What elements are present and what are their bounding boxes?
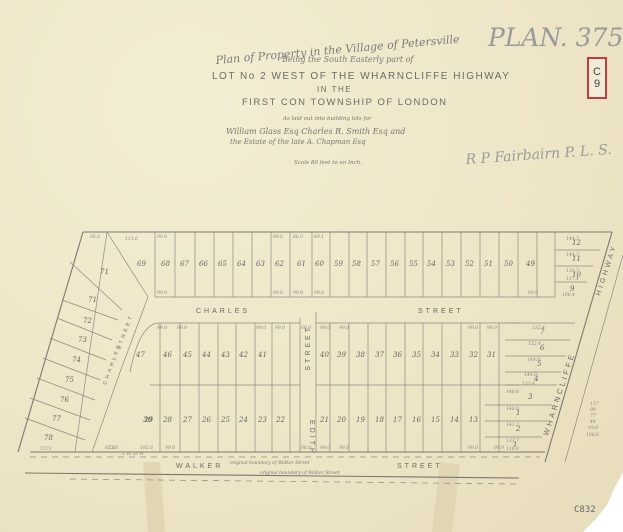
- lot-number: 69: [137, 260, 146, 268]
- catalog-stamp: C 9: [587, 57, 607, 99]
- calc-label: 93.6: [588, 425, 598, 431]
- dimension-label: 99.0: [273, 234, 283, 240]
- walker-note-2: original boundary of Walker Street: [260, 470, 340, 476]
- catalog-number: C832: [574, 505, 596, 515]
- dimension-label: 99.0: [157, 234, 167, 240]
- lot-number: 28: [162, 416, 172, 424]
- dimension-label: 66.0: [293, 234, 303, 240]
- lot-number: 20: [336, 416, 346, 424]
- dimension-label: 72.6: [108, 445, 118, 451]
- dimension-label: 106.4: [562, 292, 575, 298]
- lot-number: 35: [412, 351, 421, 359]
- dimension-label: 99.0: [320, 445, 330, 451]
- lot-number: 77: [52, 415, 61, 423]
- lot-number: 9: [570, 285, 575, 293]
- lot-number: 17: [393, 416, 402, 424]
- lot-number: 32: [469, 351, 478, 359]
- walker-note-1: original boundary of Walker Street: [230, 460, 310, 466]
- tape-strip-middle: [432, 462, 460, 532]
- lot-number: 29: [143, 416, 153, 424]
- lot-number: 23: [257, 416, 267, 424]
- lot-number: 74: [72, 356, 81, 364]
- dimension-label: 140.0: [506, 406, 519, 412]
- lot-number: 21: [319, 416, 329, 424]
- lot-number: 55: [409, 260, 418, 268]
- dimension-label: 99.0: [320, 325, 330, 331]
- dimension-label: 144.7: [566, 252, 579, 258]
- dimension-label: 3 W 33 W: [122, 451, 145, 457]
- lot-number: 44: [201, 351, 211, 359]
- lot-number: 42: [238, 351, 248, 359]
- lot-number: 31: [487, 351, 496, 359]
- lot-number: 65: [218, 260, 227, 268]
- lot-number: 61: [297, 260, 306, 268]
- surveyor-signature: R P Fairbairn P. L. S.: [464, 142, 612, 168]
- plan-drawing: Plan of Property in the Village of Peter…: [0, 0, 623, 532]
- title-line-6: As laid out into building lots for: [282, 116, 372, 122]
- dimension-label: 66.0: [90, 234, 100, 240]
- lot-number: 53: [446, 260, 455, 268]
- lot-number: 27: [182, 416, 192, 424]
- lot-number: 58: [352, 260, 361, 268]
- lot-number: 50: [504, 260, 513, 268]
- street-charles-label: CHARLES: [196, 308, 250, 315]
- dimension-label: 99.0: [165, 445, 175, 451]
- dimension-label: 141.2: [506, 422, 519, 428]
- street-walker-label: WALKER: [176, 463, 223, 470]
- calc-label: 77: [590, 413, 596, 419]
- plan-number: PLAN. 375: [487, 23, 623, 52]
- dimension-label: 99.0: [528, 290, 538, 296]
- lot-number: 22: [275, 416, 285, 424]
- lot-number: 54: [427, 260, 436, 268]
- lot-number: 62: [275, 260, 284, 268]
- lot-number: 59: [334, 260, 343, 268]
- dimension-label: 149.9: [527, 357, 540, 363]
- dimension-label: 133.4: [522, 381, 535, 387]
- lot-number: 14: [450, 416, 459, 424]
- dimension-label: 99.0: [293, 290, 303, 296]
- title-line-5: FIRST CON TOWNSHIP OF LONDON: [242, 97, 447, 108]
- dimension-label: 99.0: [157, 290, 167, 296]
- lot-number: 51: [484, 260, 493, 268]
- street-edith-street-label: STREET: [305, 325, 312, 371]
- calc-label: 117: [590, 401, 599, 407]
- lot-number: 40: [319, 351, 329, 359]
- lot-number: 46: [162, 351, 172, 359]
- title-line-4: IN THE: [317, 85, 352, 94]
- dimension-label: 99.0: [157, 325, 167, 331]
- lot-number: 24: [238, 416, 248, 424]
- street-wharncliffe-label: WHARNCLIFFE: [541, 351, 576, 437]
- lot-number: 64: [237, 260, 246, 268]
- street-charles-curve-street-label: STREET: [116, 313, 135, 351]
- dimension-label: 99.0: [275, 325, 285, 331]
- lot-number: 52: [465, 260, 474, 268]
- calc-label: 99: [590, 407, 596, 413]
- dimension-label: 148.6: [506, 389, 519, 395]
- dimension-label: 133.7: [506, 438, 519, 444]
- dimension-label: 99.0: [339, 325, 349, 331]
- title-line-9: Scale 80 feet to an Inch.: [294, 160, 362, 166]
- street-charles-street-label: STREET: [418, 308, 464, 315]
- lot-number: 3: [528, 393, 533, 401]
- lot-number: 39: [337, 351, 346, 359]
- calc-label: 44: [589, 419, 596, 425]
- lot-number: 68: [161, 260, 170, 268]
- lot-number: 43: [220, 351, 230, 359]
- dimension-label: 1573: [40, 446, 52, 452]
- lot-number: 78: [44, 434, 53, 442]
- dimension-label: 130.7: [566, 268, 579, 274]
- lot-number: 76: [60, 396, 69, 404]
- lot-number: 16: [412, 416, 421, 424]
- dimension-label: 144.7: [566, 236, 579, 242]
- stamp-line-2: 9: [594, 78, 600, 90]
- dimension-label: 132.4: [532, 325, 545, 331]
- lot-number: 56: [390, 260, 399, 268]
- dimension-label: 192.6: [140, 445, 153, 451]
- lot-number: 45: [182, 351, 192, 359]
- dimension-label: 144.9: [524, 372, 537, 378]
- lot-number: 47: [135, 351, 145, 359]
- dimension-label: 49.1: [313, 234, 324, 240]
- dimension-label: 117.4: [566, 276, 579, 282]
- lot-number: 71: [100, 268, 109, 276]
- title-line-3: LOT No 2 WEST OF THE WHARNCLIFFE HIGHWAY: [212, 71, 510, 82]
- lot-number: 19: [356, 416, 365, 424]
- lot-numbers-west-wedge: 71 71 72 73 74 75 76 77 78: [44, 268, 109, 442]
- lot-number: 18: [375, 416, 384, 424]
- lot-number: 75: [65, 376, 74, 384]
- lot-numbers-east-middle-block: 7 6 5 4 3: [528, 328, 545, 401]
- dimension-label: 99.0: [273, 290, 283, 296]
- lot-number: 33: [450, 351, 459, 359]
- title-block: Plan of Property in the Village of Peter…: [212, 33, 510, 166]
- lot-number: 25: [220, 416, 230, 424]
- dimension-label: 66.0: [301, 325, 311, 331]
- dimension-label: 66.0: [301, 445, 311, 451]
- dimension-label: 113.6: [125, 236, 138, 242]
- lot-number: 38: [356, 351, 365, 359]
- lot-number: 66: [199, 260, 208, 268]
- lot-number: 60: [315, 260, 324, 268]
- lot-number: 41: [257, 351, 267, 359]
- lot-number: 26: [201, 416, 211, 424]
- calc-label: 106.6: [586, 432, 599, 438]
- dimension-label: 116.0: [506, 446, 519, 452]
- dimension-label: 99.0: [339, 445, 349, 451]
- lot-number: 57: [371, 260, 380, 268]
- tape-strip-left: [143, 462, 165, 532]
- dimension-label: 99.0: [468, 325, 478, 331]
- street-walker-street-label: STREET: [397, 463, 443, 470]
- lot-number: 71: [88, 296, 97, 304]
- title-line-8: the Estate of the late A. Chapman Esq: [230, 138, 366, 146]
- dimension-label: 99.0: [314, 290, 324, 296]
- dimension-label: 99.0: [256, 325, 266, 331]
- dimension-label: 99.0: [494, 445, 504, 451]
- lot-number: 67: [180, 260, 189, 268]
- dimension-label: 99.0: [487, 325, 497, 331]
- lot-number: 72: [83, 317, 92, 325]
- dimension-label: 152.4: [528, 341, 541, 347]
- dimension-label: 99.0: [468, 445, 478, 451]
- stamp-line-1: C: [593, 66, 601, 78]
- lot-number: 15: [431, 416, 440, 424]
- lot-number: 36: [393, 351, 402, 359]
- dimension-label: 99.0: [177, 325, 187, 331]
- title-line-7: William Glass Esq Charles R. Smith Esq a…: [226, 127, 405, 136]
- lot-number: 49: [525, 260, 535, 268]
- lot-number: 13: [469, 416, 478, 424]
- lot-number: 73: [78, 336, 87, 344]
- survey-plan-sheet: Plan of Property in the Village of Peter…: [0, 0, 623, 532]
- title-line-2: Being the South Easterly part of: [281, 55, 415, 64]
- lot-number: 34: [431, 351, 440, 359]
- lot-number: 37: [375, 351, 384, 359]
- lot-numbers-north-row: 69 68 67 66 65 64 63 62 61 60 59 58 57 5…: [137, 260, 535, 268]
- lot-number: 63: [256, 260, 265, 268]
